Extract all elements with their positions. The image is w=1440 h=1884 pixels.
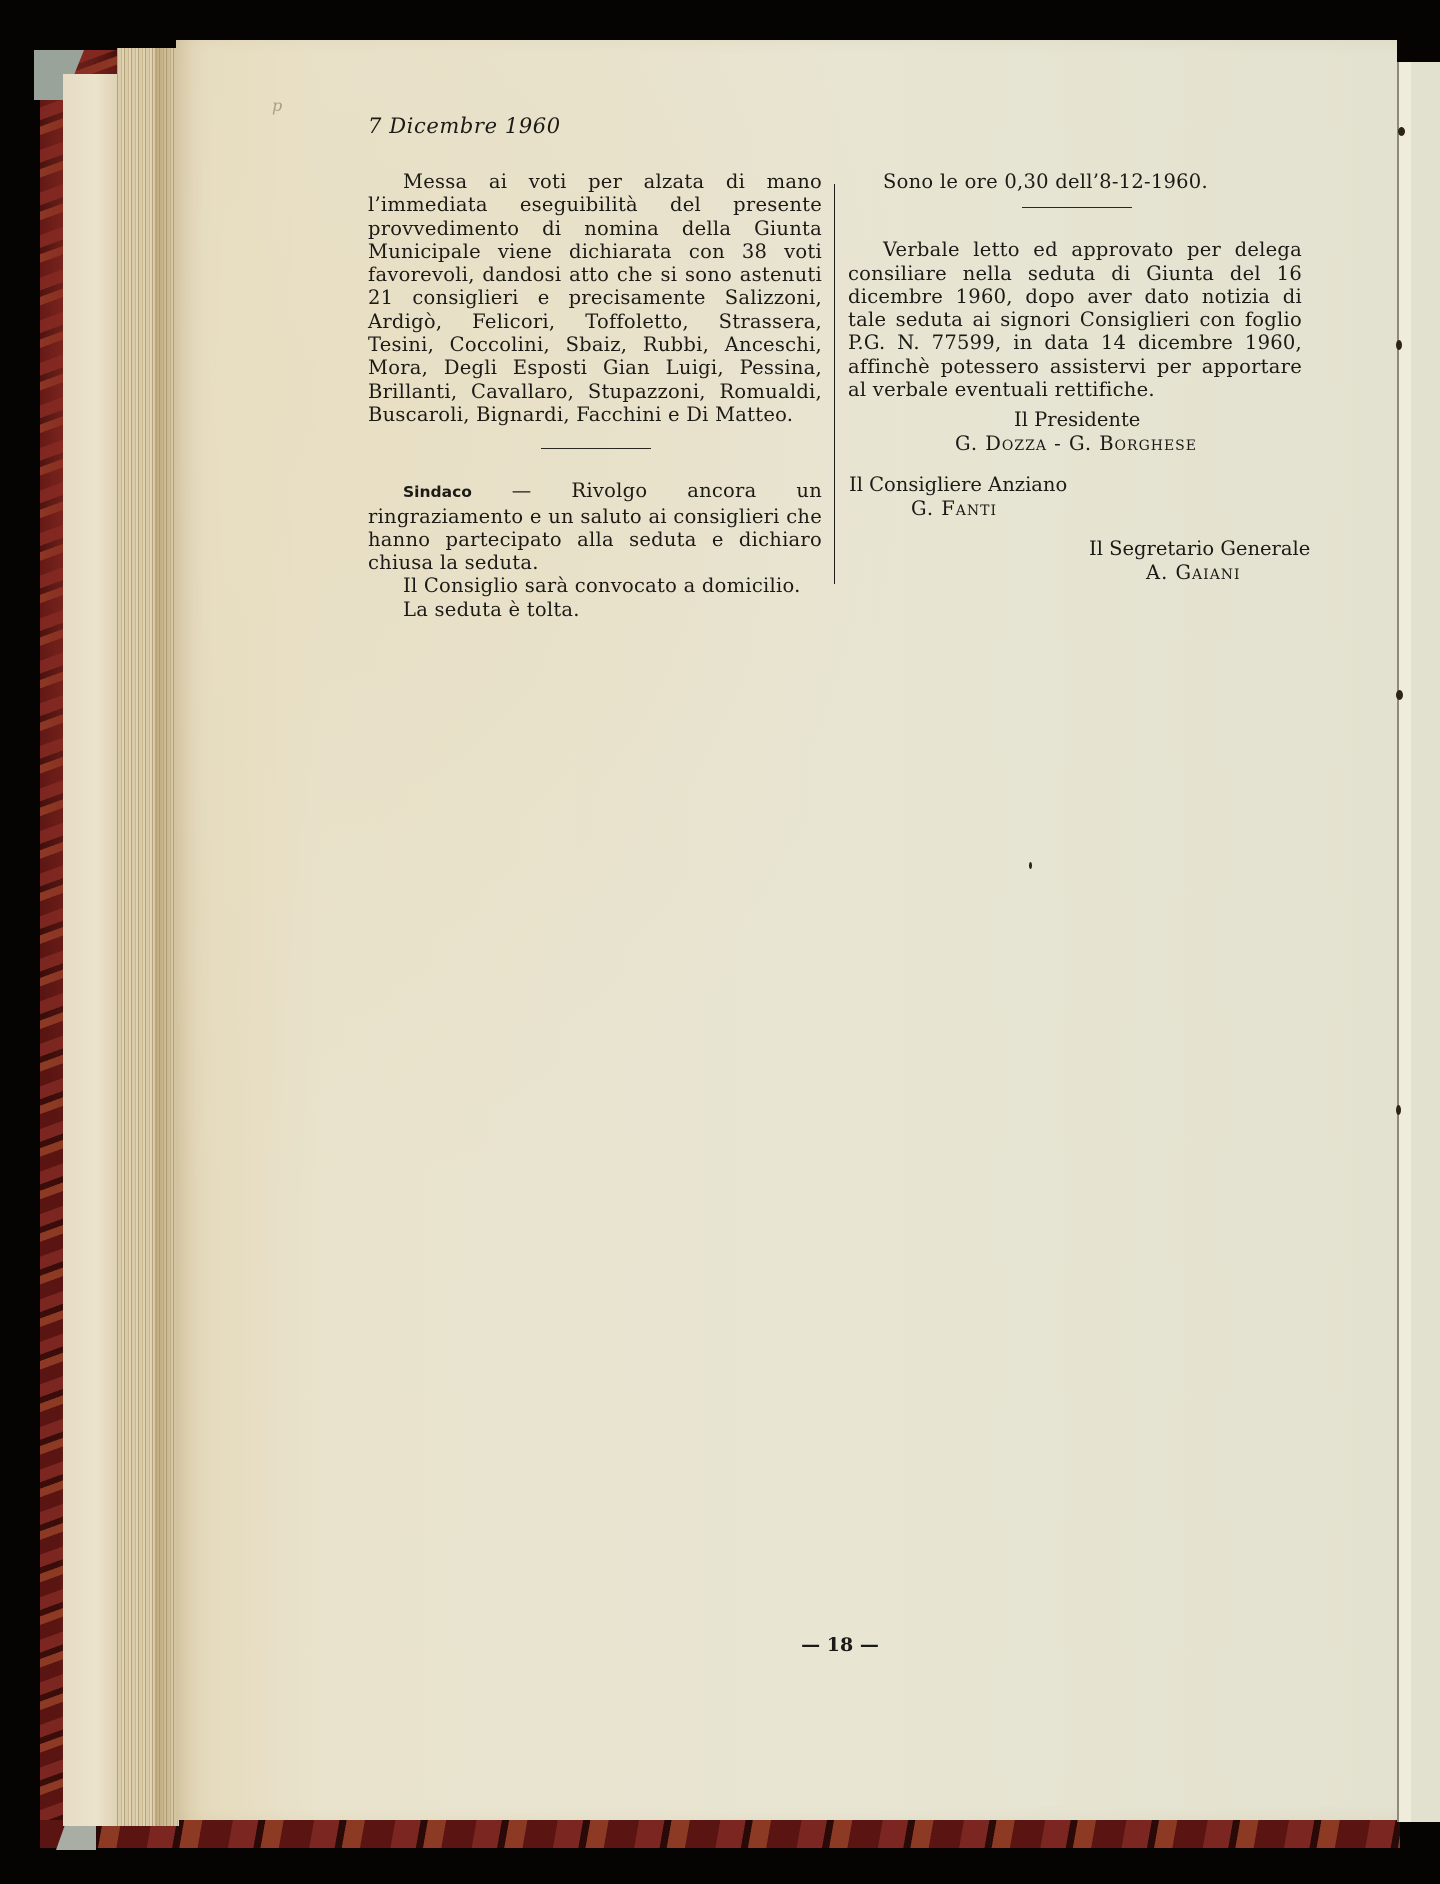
pencil-margin-mark: p [272, 96, 282, 115]
convocation-line: Il Consiglio sarà convocato a domicilio. [368, 574, 822, 597]
president-title: Il Presidente [1014, 408, 1140, 431]
page-header-date: 7 Dicembre 1960 [368, 114, 561, 138]
column-divider [834, 184, 835, 584]
page-edge-stack [117, 48, 179, 1826]
time-line: Sono le ore 0,30 dell’8-12-1960. [848, 170, 1302, 193]
marbled-cover-bottom-edge [40, 1820, 1400, 1848]
speaker-label: Sindaco [403, 483, 472, 501]
closing-line: La seduta è tolta. [368, 598, 822, 621]
secretary-name: A. Gaiani [1146, 561, 1241, 584]
paper-speck [1396, 340, 1402, 350]
president-names: G. Dozza - G. Borghese [955, 432, 1197, 455]
senior-councillor-name: G. Fanti [911, 497, 997, 520]
approval-paragraph: Verbale letto ed approvato per delega co… [848, 238, 1302, 401]
left-column: Messa ai voti per alzata di mano l’immed… [368, 170, 822, 621]
secretary-title: Il Segretario Generale [1089, 537, 1310, 560]
senior-councillor-title: Il Consigliere Anziano [849, 473, 1067, 496]
endpaper-strip [63, 74, 118, 1826]
right-column: Sono le ore 0,30 dell’8-12-1960. Verbale… [848, 170, 1302, 401]
paper-speck [1396, 690, 1403, 700]
paper-speck [1398, 127, 1405, 136]
paper-speck [1396, 1105, 1401, 1115]
next-page-edge [1397, 62, 1440, 1822]
mayor-speech-paragraph: Sindaco — Rivolgo ancora un ringraziamen… [368, 479, 822, 574]
vote-paragraph: Messa ai voti per alzata di mano l’immed… [368, 170, 822, 426]
page-number: — 18 — [740, 1634, 940, 1656]
paper-speck [1029, 862, 1032, 869]
